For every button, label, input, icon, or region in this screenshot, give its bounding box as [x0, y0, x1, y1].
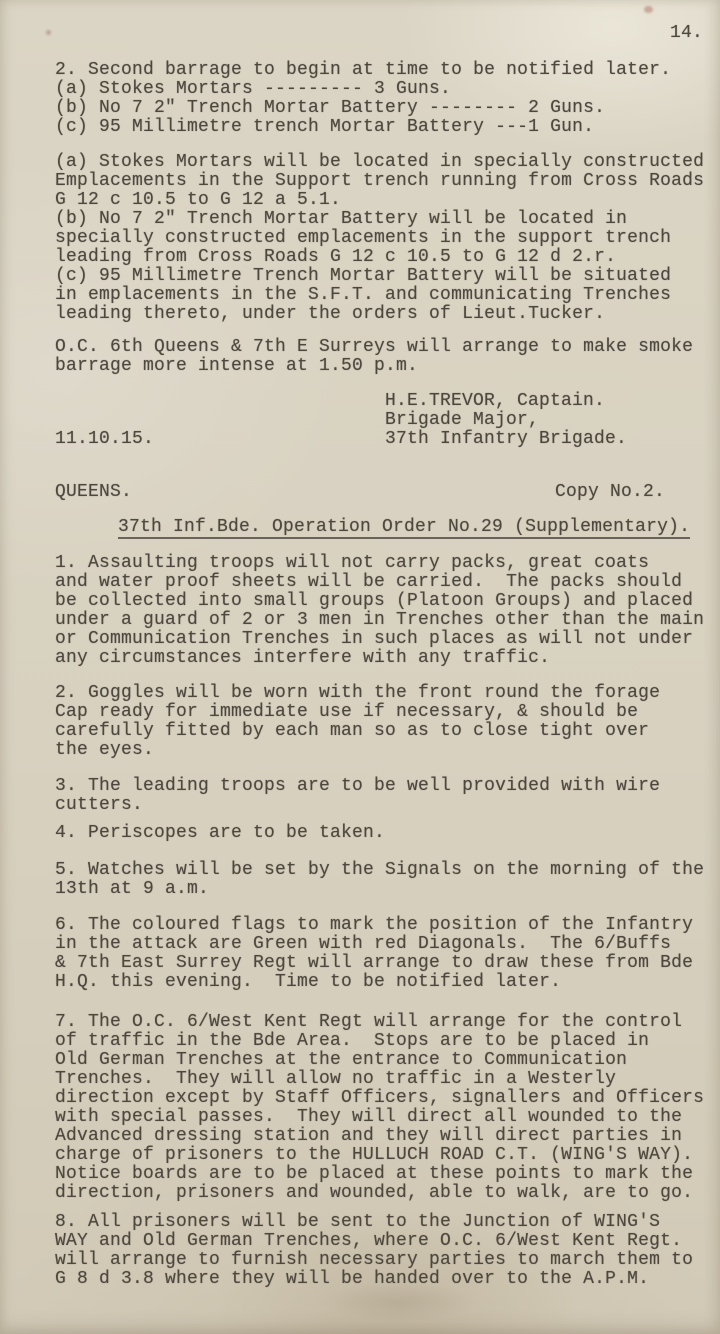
- text-line: G 12 c 10.5 to G 12 a 5.1.: [55, 191, 720, 210]
- text-line: be collected into small groups (Platoon …: [55, 592, 720, 611]
- order-title-text: 37th Inf.Bde. Operation Order No.29 (Sup…: [118, 518, 690, 539]
- order-title: 37th Inf.Bde. Operation Order No.29 (Sup…: [118, 518, 720, 540]
- text-line: 1. Assaulting troops will not carry pack…: [55, 554, 720, 573]
- copy-number: Copy No.2.: [555, 483, 665, 502]
- addressee: QUEENS.: [55, 482, 132, 502]
- text-line: 13th at 9 a.m.: [55, 880, 720, 899]
- text-line: the eyes.: [55, 741, 720, 760]
- document-content: 2. Second barrage to begin at time to be…: [55, 0, 720, 1289]
- text-line: leading thereto, under the orders of Lie…: [55, 305, 720, 324]
- text-line: (b) No 7 2" Trench Mortar Battery ------…: [55, 99, 720, 118]
- text-line: (a) Stokes Mortars --------- 3 Guns.: [55, 80, 720, 99]
- smoke-barrage-note: O.C. 6th Queens & 7th E Surreys will arr…: [55, 338, 720, 376]
- document-page: 14. 2. Second barrage to begin at time t…: [0, 0, 720, 1334]
- text-line: charge of prisoners to the HULLUCH ROAD …: [55, 1146, 720, 1165]
- text-line: barrage more intense at 1.50 p.m.: [55, 357, 720, 376]
- signature-date: 11.10.15.: [55, 430, 154, 449]
- text-line: leading from Cross Roads G 12 c 10.5 to …: [55, 248, 720, 267]
- text-line: carefully fitted by each man so as to cl…: [55, 722, 720, 741]
- text-line: & 7th East Surrey Regt will arrange to d…: [55, 954, 720, 973]
- text-line: (b) No 7 2" Trench Mortar Battery will b…: [55, 210, 720, 229]
- text-line: in the attack are Green with red Diagona…: [55, 935, 720, 954]
- text-line: WAY and Old German Trenches, where O.C. …: [55, 1232, 720, 1251]
- text-line: 5. Watches will be set by the Signals on…: [55, 861, 720, 880]
- text-line: under a guard of 2 or 3 men in Trenches …: [55, 611, 720, 630]
- text-line: of traffic in the Bde Area. Stops are to…: [55, 1032, 720, 1051]
- text-line: 4. Periscopes are to be taken.: [55, 824, 720, 843]
- signature-name: H.E.TREVOR, Captain.: [385, 392, 720, 411]
- text-line: Cap ready for immediate use if necessary…: [55, 703, 720, 722]
- text-line: or Communication Trenches in such places…: [55, 630, 720, 649]
- order-paragraph-7: 7. The O.C. 6/West Kent Regt will arrang…: [55, 1013, 720, 1203]
- text-line: G 8 d 3.8 where they will be handed over…: [55, 1270, 720, 1289]
- text-line: O.C. 6th Queens & 7th E Surreys will arr…: [55, 338, 720, 357]
- text-line: will arrange to furnish necessary partie…: [55, 1251, 720, 1270]
- text-line: Advanced dressing station and they will …: [55, 1127, 720, 1146]
- text-line: Notice boards are to be placed at these …: [55, 1165, 720, 1184]
- text-line: (c) 95 Millimetre Trench Mortar Battery …: [55, 267, 720, 286]
- order-paragraph-2: 2. Goggles will be worn with the front r…: [55, 684, 720, 760]
- signature-role: Brigade Major,: [385, 411, 720, 430]
- text-line: cutters.: [55, 796, 720, 815]
- order-paragraph-6: 6. The coloured flags to mark the positi…: [55, 916, 720, 992]
- signature-unit: 37th Infantry Brigade.: [385, 430, 627, 449]
- order-paragraph-1: 1. Assaulting troops will not carry pack…: [55, 554, 720, 668]
- order-paragraph-8: 8. All prisoners will be sent to the Jun…: [55, 1213, 720, 1289]
- gun-list: (a) Stokes Mortars --------- 3 Guns.(b) …: [55, 80, 720, 137]
- order-paragraph-4: 4. Periscopes are to be taken.: [55, 824, 720, 843]
- signature-date-row: 11.10.15. 37th Infantry Brigade.: [55, 430, 720, 449]
- text-line: specially constructed emplacements in th…: [55, 229, 720, 248]
- text-line: 2. Goggles will be worn with the front r…: [55, 684, 720, 703]
- text-line: Old German Trenches at the entrance to C…: [55, 1051, 720, 1070]
- text-line: 3. The leading troops are to be well pro…: [55, 777, 720, 796]
- order-paragraph-5: 5. Watches will be set by the Signals on…: [55, 861, 720, 899]
- text-line: 8. All prisoners will be sent to the Jun…: [55, 1213, 720, 1232]
- text-line: and water proof sheets will be carried. …: [55, 573, 720, 592]
- text-line: direction, prisoners and wounded, able t…: [55, 1184, 720, 1203]
- text-line: H.Q. this evening. Time to be notified l…: [55, 973, 720, 992]
- order-paragraph-3: 3. The leading troops are to be well pro…: [55, 777, 720, 815]
- text-line: Trenches. They will allow no traffic in …: [55, 1070, 720, 1089]
- barrage-intro-line: 2. Second barrage to begin at time to be…: [55, 61, 720, 80]
- text-line: any circumstances interfere with any tra…: [55, 649, 720, 668]
- distribution-row: QUEENS. Copy No.2.: [55, 483, 720, 502]
- ink-speck: [46, 30, 51, 35]
- text-line: 7. The O.C. 6/West Kent Regt will arrang…: [55, 1013, 720, 1032]
- text-line: (a) Stokes Mortars will be located in sp…: [55, 153, 720, 172]
- text-line: 6. The coloured flags to mark the positi…: [55, 916, 720, 935]
- text-line: Emplacements in the Support trench runni…: [55, 172, 720, 191]
- mortar-locations: (a) Stokes Mortars will be located in sp…: [55, 153, 720, 324]
- text-line: in emplacements in the S.F.T. and commun…: [55, 286, 720, 305]
- text-line: (c) 95 Millimetre trench Mortar Battery …: [55, 118, 720, 137]
- barrage-section: 2. Second barrage to begin at time to be…: [55, 61, 720, 137]
- text-line: direction except by Staff Officers, sign…: [55, 1089, 720, 1108]
- signature-block: H.E.TREVOR, Captain. Brigade Major, 11.1…: [55, 392, 720, 449]
- text-line: with special passes. They will direct al…: [55, 1108, 720, 1127]
